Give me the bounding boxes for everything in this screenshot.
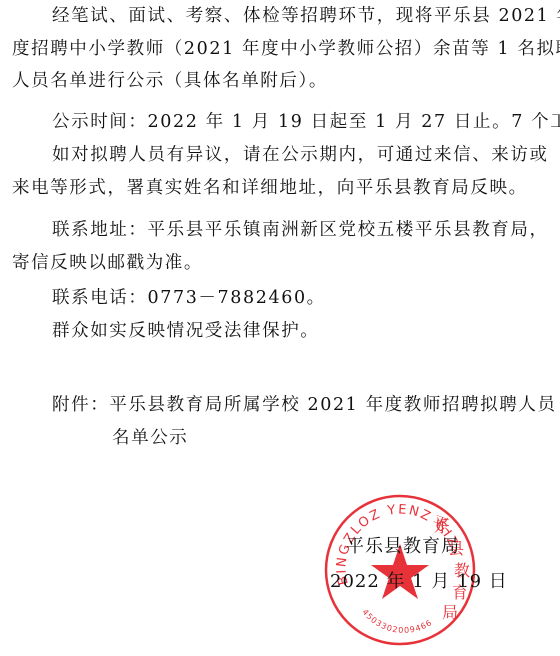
seal-code: 4503302009466 <box>360 607 434 634</box>
paragraph-address-line-1: 联系地址：平乐县平乐镇南洲新区党校五楼平乐县教育局， <box>52 219 554 241</box>
attachment-line-1: 附件：平乐县教育局所属学校 2021 年度教师招聘拟聘人员 <box>52 394 554 416</box>
paragraph-publicity-period: 公示时间：2022 年 1 月 19 日起至 1 月 27 日止。7 个工作日。 <box>52 111 554 133</box>
paragraph-phone: 联系电话：0773－7882460。 <box>52 287 554 309</box>
paragraph-objection-line-1: 如对拟聘人员有异议，请在公示期内，可通过来信、来访或 <box>52 144 554 166</box>
paragraph-1-line-3: 人员名单进行公示（具体名单附后）。 <box>12 70 554 92</box>
attachment-title: 平乐县教育局所属学校 2021 年度教师招聘拟聘人员 <box>109 395 556 415</box>
svg-text:4503302009466: 4503302009466 <box>360 607 434 634</box>
svg-text:乐 县 教 育: 乐 县 教 育 局 <box>434 517 475 622</box>
paragraph-1-line-2: 度招聘中小学教师（2021 年度中小学教师公招）余苗等 1 名拟聘 <box>12 38 554 60</box>
signature-organization: 平乐县教育局 <box>346 536 460 558</box>
official-seal: BINGZLOZ YENZ GIZ 平 乐 县 教 育 局 4503302009… <box>322 492 478 648</box>
signature-date: 2022 年 1 月 19 日 <box>330 571 508 593</box>
paragraph-address-line-2: 寄信反映以邮戳为准。 <box>12 252 554 274</box>
paragraph-legal-protection: 群众如实反映情况受法律保护。 <box>52 320 554 342</box>
paragraph-objection-line-2: 来电等形式，署真实姓名和详细地址，向平乐县教育局反映。 <box>12 177 554 199</box>
attachment-label: 附件： <box>52 395 109 415</box>
paragraph-1-line-1: 经笔试、面试、考察、体检等招聘环节，现将平乐县 2021 年 <box>52 5 554 27</box>
attachment-line-2: 名单公示 <box>112 427 554 449</box>
